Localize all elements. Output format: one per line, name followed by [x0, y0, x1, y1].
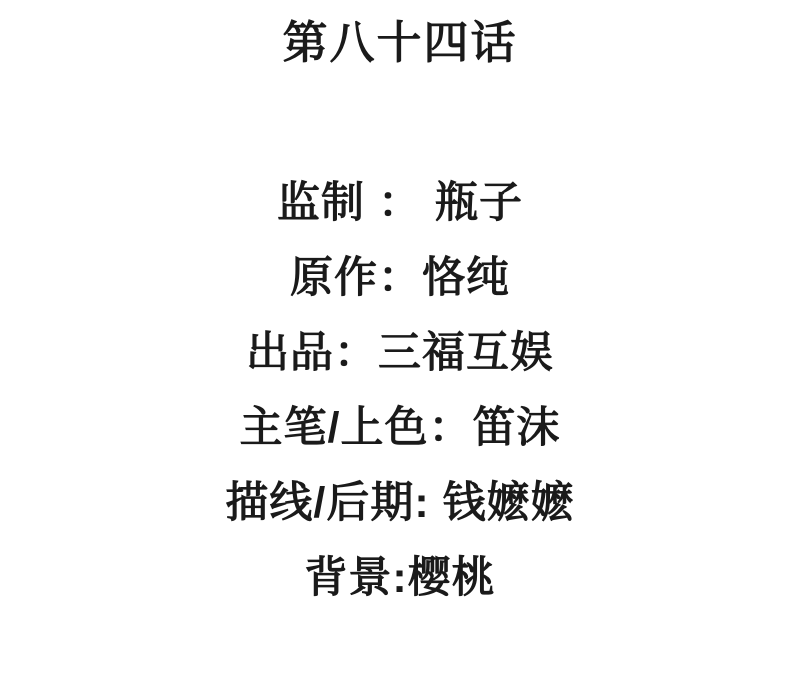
- credits-list: 监制 ： 瓶子 原作：恪纯 出品：三福互娱 主笔/上色：笛沫 描线/后期: 钱嬷…: [225, 162, 574, 612]
- credit-line-original: 原作：恪纯: [290, 237, 510, 312]
- credits-page: 第八十四话 监制 ： 瓶子 原作：恪纯 出品：三福互娱 主笔/上色：笛沫 描线/…: [0, 0, 800, 675]
- credit-line-producer: 出品：三福互娱: [246, 312, 554, 387]
- credit-line-lineart-post: 描线/后期: 钱嬷嬷: [225, 462, 574, 537]
- credit-line-background: 背景:樱桃: [304, 537, 495, 612]
- credit-line-supervisor: 监制 ： 瓶子: [277, 162, 523, 237]
- chapter-title: 第八十四话: [282, 18, 517, 68]
- credit-line-artist-color: 主笔/上色：笛沫: [240, 387, 561, 462]
